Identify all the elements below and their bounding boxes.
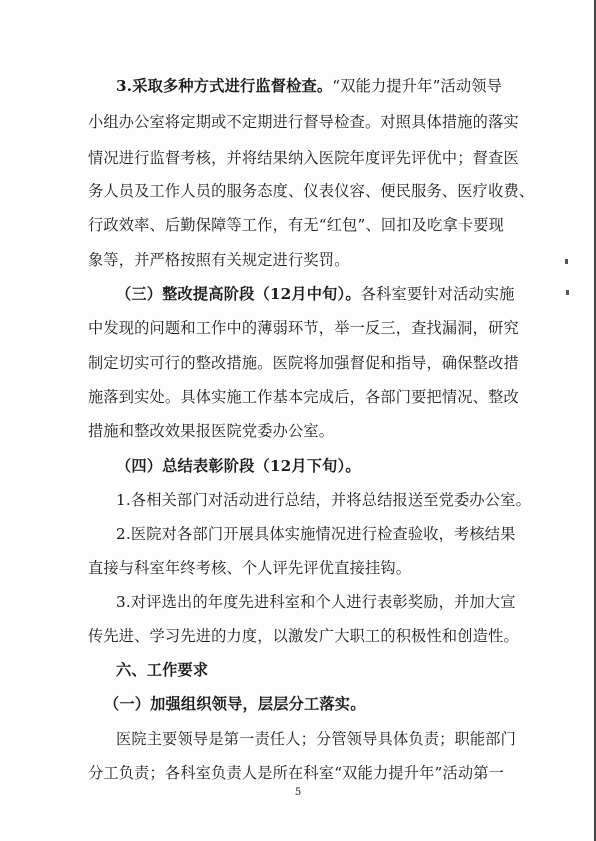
text-line: 3.对评选出的年度先进科室和个人进行表彰奖励，并加大宣: [116, 592, 536, 612]
text-line: （三）整改提高阶段（12月中旬）。各科室要针对活动实施: [116, 284, 536, 304]
text-line: 分工负责；各科室负责人是所在科室“双能力提升年”活动第一: [88, 763, 508, 783]
text-line: 直接与科室年终考核、个人评先评优直接挂钩。: [88, 558, 508, 578]
scan-mark: [565, 259, 568, 264]
text-line: 制定切实可行的整改措施。医院将加强督促和指导，确保整改措: [88, 353, 508, 373]
section-heading-text: （一）加强组织领导，层层分工落实。: [104, 695, 366, 713]
text-line: 2.医院对各部门开展具体实施情况进行检查验收，考核结果: [116, 524, 536, 544]
text-line: 象等，并严格按照有关规定进行奖罚。: [88, 250, 508, 270]
item-heading: 3.采取多种方式进行监督检查。: [116, 77, 332, 95]
text-span: 各科室要针对活动实施: [361, 285, 515, 303]
text-line: 1.各相关部门对活动进行总结，并将总结报送至党委办公室。: [116, 490, 536, 510]
section-heading: （四）总结表彰阶段（12月下旬）。: [116, 456, 536, 476]
chapter-heading-text: 六、工作要求: [116, 661, 208, 679]
text-line: 行政效率、后勤保障等工作，有无“红包”、回扣及吃拿卡要现: [88, 215, 508, 235]
chapter-heading: 六、工作要求: [116, 660, 536, 680]
page-number: 5: [0, 787, 596, 798]
text-line: 中发现的问题和工作中的薄弱环节，举一反三，查找漏洞，研究: [88, 318, 508, 338]
scan-mark: [566, 290, 569, 295]
section-heading-text: （四）总结表彰阶段（12月下旬）。: [116, 457, 361, 475]
text-span: “双能力提升年”活动领导: [332, 77, 502, 95]
text-line: 小组办公室将定期或不定期进行督导检查。对照具体措施的落实: [88, 112, 508, 132]
text-line: 情况进行监督考核，并将结果纳入医院年度评先评优中；督查医: [88, 148, 508, 168]
text-line: 3.采取多种方式进行监督检查。“双能力提升年”活动领导: [116, 76, 536, 96]
text-line: 施落到实处。具体实施工作基本完成后，各部门要把情况、整改: [88, 387, 508, 407]
document-page: 3.采取多种方式进行监督检查。“双能力提升年”活动领导 小组办公室将定期或不定期…: [0, 0, 596, 841]
section-heading: （一）加强组织领导，层层分工落实。: [104, 694, 524, 714]
text-line: 措施和整改效果报医院党委办公室。: [88, 421, 508, 441]
text-line: 传先进、学习先进的力度，以激发广大职工的积极性和创造性。: [88, 626, 508, 646]
section-heading: （三）整改提高阶段（12月中旬）。: [116, 285, 361, 303]
text-line: 医院主要领导是第一责任人；分管领导具体负责；职能部门: [116, 729, 536, 749]
text-line: 务人员及工作人员的服务态度、仪表仪容、便民服务、医疗收费、: [88, 181, 508, 201]
